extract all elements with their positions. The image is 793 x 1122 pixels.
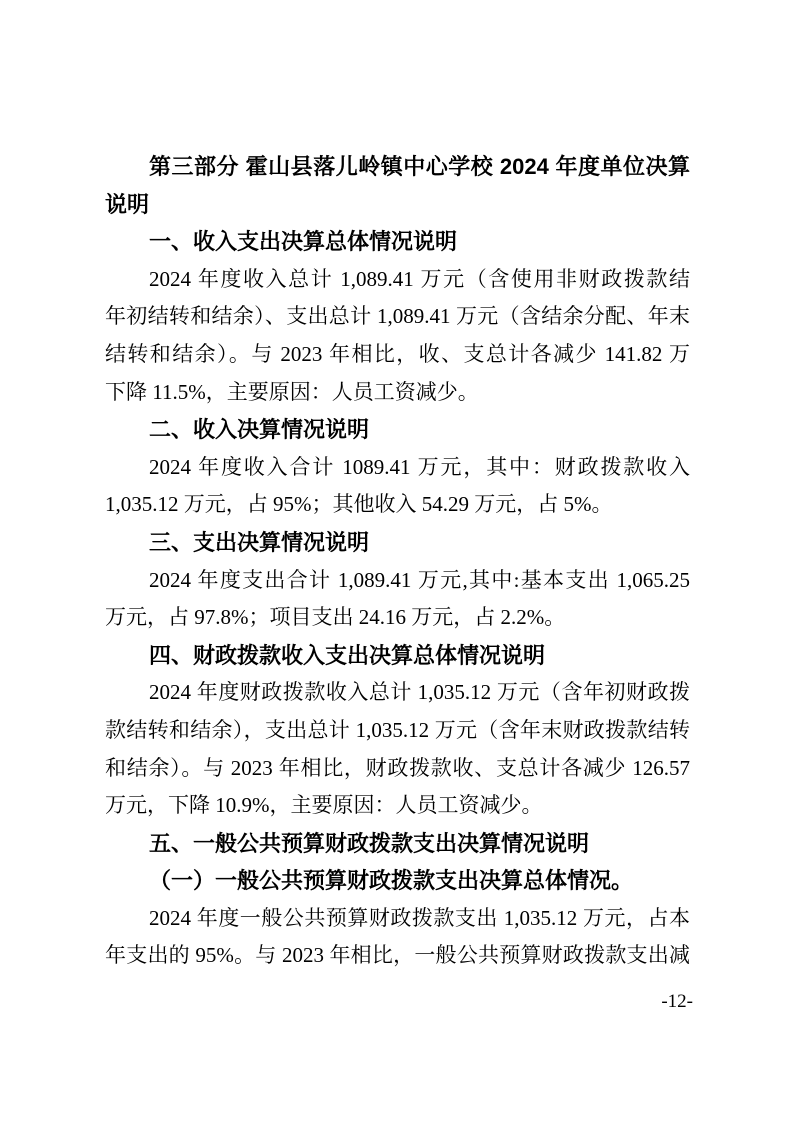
section-1-paragraph-line: 下降 11.5%，主要原因：人员工资减少。 [105,374,690,412]
section-1-heading: 一、收入支出决算总体情况说明 [105,223,690,261]
section-4-paragraph-line: 和结余）。与 2023 年相比，财政拨款收、支总计各减少 126.57 [105,750,690,788]
doc-title-line-2: 说明 [105,186,690,224]
section-1-paragraph-line: 年初结转和结余）、支出总计 1,089.41 万元（含结余分配、年末 [105,298,690,336]
section-5-subheading: （一）一般公共预算财政拨款支出决算总体情况。 [105,862,690,900]
section-3-paragraph-line: 2024 年度支出合计 1,089.41 万元,其中:基本支出 1,065.25 [105,562,690,600]
section-3-paragraph-line: 万元，占 97.8%；项目支出 24.16 万元，占 2.2%。 [105,599,690,637]
section-1-paragraph-line: 2024 年度收入总计 1,089.41 万元（含使用非财政拨款结余、 [105,261,690,299]
section-4-paragraph-line: 款结转和结余），支出总计 1,035.12 万元（含年末财政拨款结转 [105,712,690,750]
section-5-paragraph-line: 2024 年度一般公共预算财政拨款支出 1,035.12 万元，占本 [105,900,690,938]
document-body: 第三部分 霍山县落儿岭镇中心学校 2024 年度单位决算情况 说明 一、收入支出… [105,148,690,975]
section-4-heading: 四、财政拨款收入支出决算总体情况说明 [105,637,690,675]
page-number: -12- [661,992,693,1012]
section-5-heading: 五、一般公共预算财政拨款支出决算情况说明 [105,825,690,863]
section-3-heading: 三、支出决算情况说明 [105,524,690,562]
doc-title-line-1: 第三部分 霍山县落儿岭镇中心学校 2024 年度单位决算情况 [105,148,690,186]
section-1-paragraph-line: 结转和结余）。与 2023 年相比，收、支总计各减少 141.82 万元， [105,336,690,374]
section-2-paragraph-line: 1,035.12 万元，占 95%；其他收入 54.29 万元，占 5%。 [105,486,690,524]
section-5-paragraph-line: 年支出的 95%。与 2023 年相比，一般公共预算财政拨款支出减少 [105,937,690,975]
section-2-heading: 二、收入决算情况说明 [105,411,690,449]
section-4-paragraph-line: 万元，下降 10.9%，主要原因：人员工资减少。 [105,787,690,825]
document-page: 第三部分 霍山县落儿岭镇中心学校 2024 年度单位决算情况 说明 一、收入支出… [0,0,793,1122]
section-2-paragraph-line: 2024 年度收入合计 1089.41 万元，其中：财政拨款收入 [105,449,690,487]
section-4-paragraph-line: 2024 年度财政拨款收入总计 1,035.12 万元（含年初财政拨 [105,674,690,712]
